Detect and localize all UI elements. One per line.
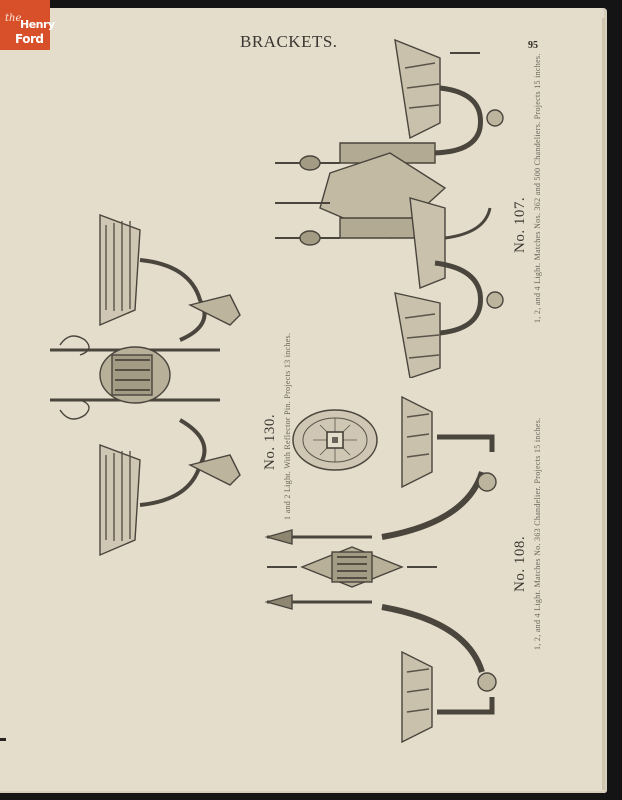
caption-no-108: No. 108. 1, 2, and 4 Light. Matches No. … xyxy=(512,418,542,592)
item-description: 1, 2, and 4 Light. Matches Nos. 362 and … xyxy=(533,53,542,323)
henry-ford-logo[interactable]: the Henry Ford xyxy=(0,0,50,50)
item-description: 1, 2, and 4 Light. Matches No. 363 Chand… xyxy=(533,418,542,650)
item-number: No. 107. xyxy=(512,53,529,253)
logo-ford: Ford xyxy=(15,32,43,46)
bracket-107-illustration xyxy=(270,38,510,378)
bracket-108-illustration xyxy=(262,392,507,747)
scan-mark xyxy=(0,738,6,741)
page-edge xyxy=(602,18,605,790)
logo-henry: Henry xyxy=(20,18,55,31)
bracket-130-illustration xyxy=(40,205,250,565)
logo-the: the xyxy=(5,13,21,24)
page-number: 95 xyxy=(528,40,538,51)
item-number: No. 108. xyxy=(512,418,529,592)
caption-no-107: No. 107. 1, 2, and 4 Light. Matches Nos.… xyxy=(512,53,542,253)
